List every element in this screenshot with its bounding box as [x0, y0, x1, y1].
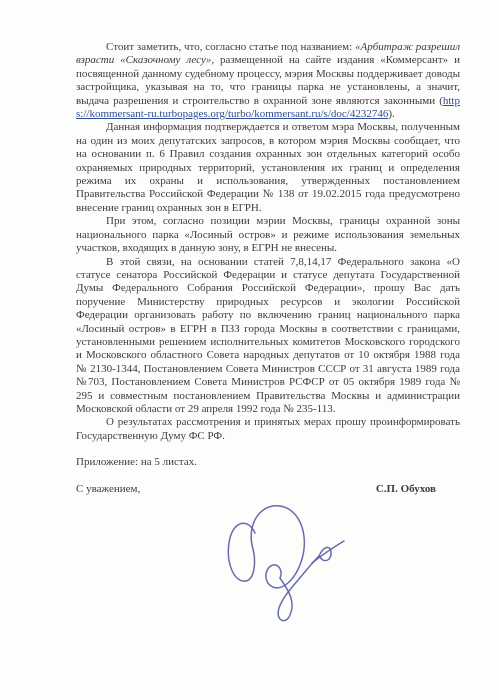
letter-body: Стоит заметить, что, согласно статье под…	[76, 41, 460, 496]
paragraph-mayor-response: Данная информация подтверждается и ответ…	[76, 121, 460, 215]
paragraph-article-reference: Стоит заметить, что, согласно статье под…	[76, 41, 460, 121]
paragraph-1-intro: Стоит заметить, что, согласно статье под…	[106, 41, 355, 53]
closing-row: С уважением, С.П. Обухов	[76, 483, 460, 496]
attachment-note: Приложение: на 5 листах.	[76, 456, 460, 469]
paragraph-1-tail: ).	[388, 108, 394, 120]
paragraph-egrn-not-entered: При этом, согласно позиции мэрии Москвы,…	[76, 215, 460, 255]
closing-salutation: С уважением,	[76, 483, 140, 496]
paragraph-request: В этой связи, на основании статей 7,8,14…	[76, 256, 460, 417]
paragraph-inform-duma: О результатах рассмотрения и принятых ме…	[76, 416, 460, 443]
signer-name: С.П. Обухов	[376, 483, 460, 496]
letter-page: Стоит заметить, что, согласно статье под…	[0, 0, 499, 700]
handwritten-signature	[224, 497, 348, 637]
signature-ink-icon	[224, 497, 348, 637]
